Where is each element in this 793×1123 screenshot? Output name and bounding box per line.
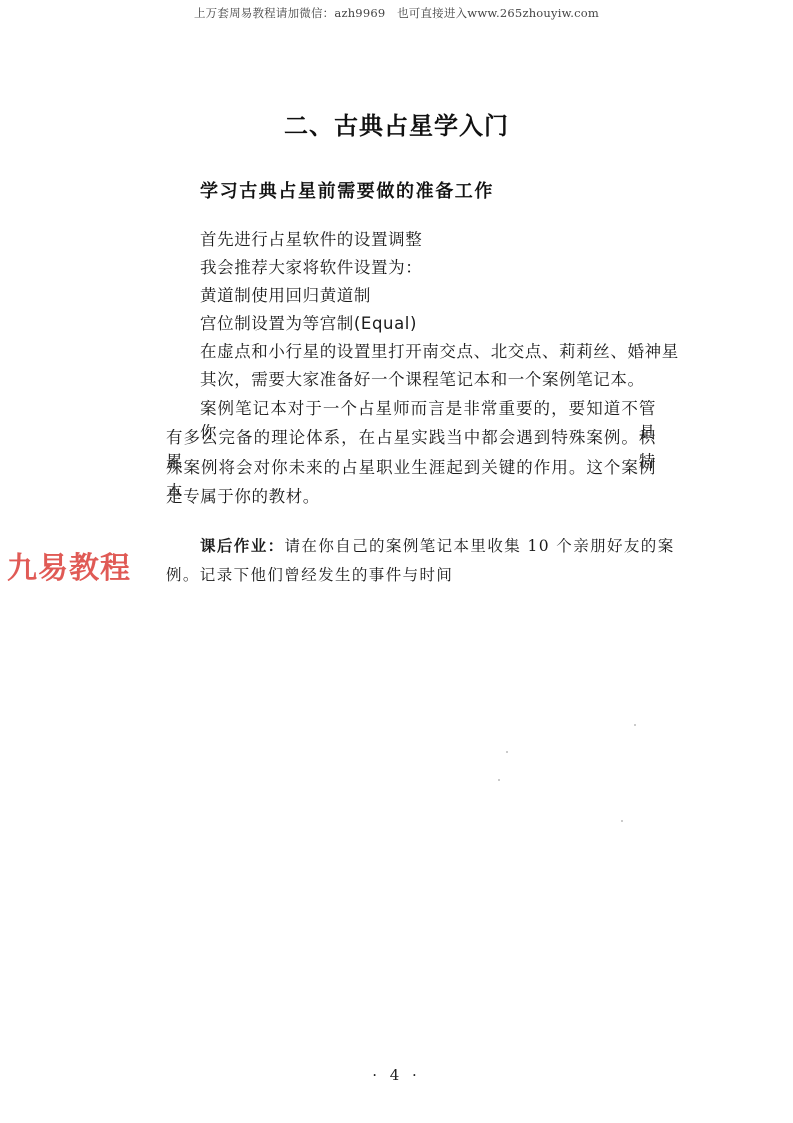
- body-line: 宫位制设置为等宫制(Equal): [200, 310, 417, 334]
- homework-line-1: 课后作业：请在你自己的案例笔记本里收集 10 个亲朋好友的案: [200, 534, 675, 556]
- body-line: 其次，需要大家准备好一个课程笔记本和一个案例笔记本。: [200, 366, 645, 390]
- top-watermark: 上万套周易教程请加微信：azh9969 也可直接进入www.265zhouyiw…: [0, 5, 793, 21]
- chapter-title: 二、古典占星学入门: [0, 106, 793, 141]
- body-line: 我会推荐大家将软件设置为：: [200, 254, 422, 278]
- body-line: 在虚点和小行星的设置里打开南交点、北交点、莉莉丝、婚神星: [200, 338, 679, 362]
- body-line: 首先进行占星软件的设置调整: [200, 226, 422, 250]
- side-watermark-logo: 九易教程: [7, 543, 131, 587]
- scan-speck: [621, 820, 623, 822]
- paragraph-line: 是专属于你的教材。: [166, 483, 320, 507]
- scan-speck: [498, 779, 500, 781]
- scan-speck: [634, 724, 636, 726]
- body-line: 黄道制使用回归黄道制: [200, 282, 371, 306]
- section-title: 学习古典占星前需要做的准备工作: [200, 177, 494, 203]
- scan-speck: [506, 751, 508, 753]
- homework-label: 课后作业：: [200, 536, 285, 555]
- homework-text: 请在你自己的案例笔记本里收集 10 个亲朋好友的案: [285, 537, 675, 555]
- page-number: · 4 ·: [0, 1066, 793, 1084]
- homework-line-2: 例。记录下他们曾经发生的事件与时间: [166, 563, 453, 585]
